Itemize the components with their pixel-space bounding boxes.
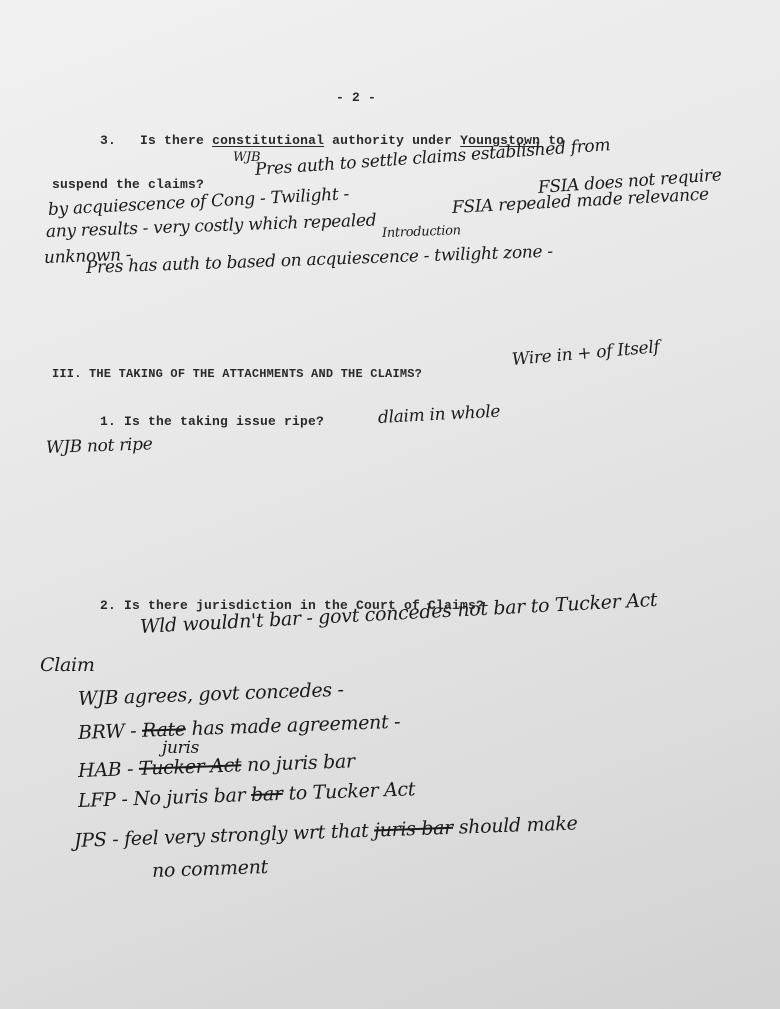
handwritten-note: Wire in + of Itself <box>511 337 660 370</box>
handwritten-note: Introduction <box>382 223 461 241</box>
handwritten-note: WJB not ripe <box>46 434 153 458</box>
section-iii-heading: III. THE TAKING OF THE ATTACHMENTS AND T… <box>52 367 422 381</box>
handwritten-note: Claim <box>40 654 95 676</box>
vote-note-after: to Tucker Act <box>288 778 415 804</box>
page-number: - 2 - <box>336 90 376 105</box>
struck-text: Tucker Act <box>139 754 242 780</box>
handwritten-note: Pres has auth to based on acquiescence -… <box>86 242 553 278</box>
struck-text: juris bar <box>374 817 454 842</box>
justice-initials: BRW <box>78 720 125 744</box>
justice-initials: JPS <box>74 829 107 852</box>
vote-line-jps: JPS - feel very strongly wrt that juris … <box>74 812 578 852</box>
handwritten-note: dlaim in whole <box>377 402 500 428</box>
struck-text: bar <box>251 783 283 806</box>
vote-note: feel very strongly wrt that <box>124 820 369 851</box>
vote-note-after: should make <box>458 812 577 838</box>
justice-initials: HAB <box>78 758 122 781</box>
justice-initials: WJB <box>78 687 119 710</box>
vote-line-hab: HAB - Tucker Act no juris bar <box>78 750 356 782</box>
vote-note: no juris bar <box>247 750 355 776</box>
item-3-question-line-2: suspend the claims? <box>52 177 204 192</box>
vote-line-lfp: LFP - No juris bar bar to Tucker Act <box>78 778 416 812</box>
vote-continuation: no comment <box>152 856 269 882</box>
document-page: - 2 - 3. Is there constitutional authori… <box>0 0 780 1009</box>
vote-note: No juris bar <box>133 784 246 810</box>
item-1-question: 1. Is the taking issue ripe? <box>100 414 324 429</box>
item-3-text-middle: authority under <box>332 133 452 148</box>
vote-line-wjb: WJB agrees, govt concedes - <box>78 679 344 710</box>
underlined-constitutional: constitutional <box>212 133 324 148</box>
vote-note: has made agreement - <box>191 711 400 740</box>
item-3-number: 3. <box>100 133 116 148</box>
vote-note: agrees, govt concedes - <box>124 679 344 709</box>
handwritten-note: Wld wouldn't bar - govt concedes not bar… <box>139 589 657 638</box>
item-3-text-before: Is there <box>140 133 204 148</box>
vote-line-brw: BRW - Rate has made agreement - <box>78 711 401 744</box>
justice-initials: LFP <box>78 789 116 812</box>
